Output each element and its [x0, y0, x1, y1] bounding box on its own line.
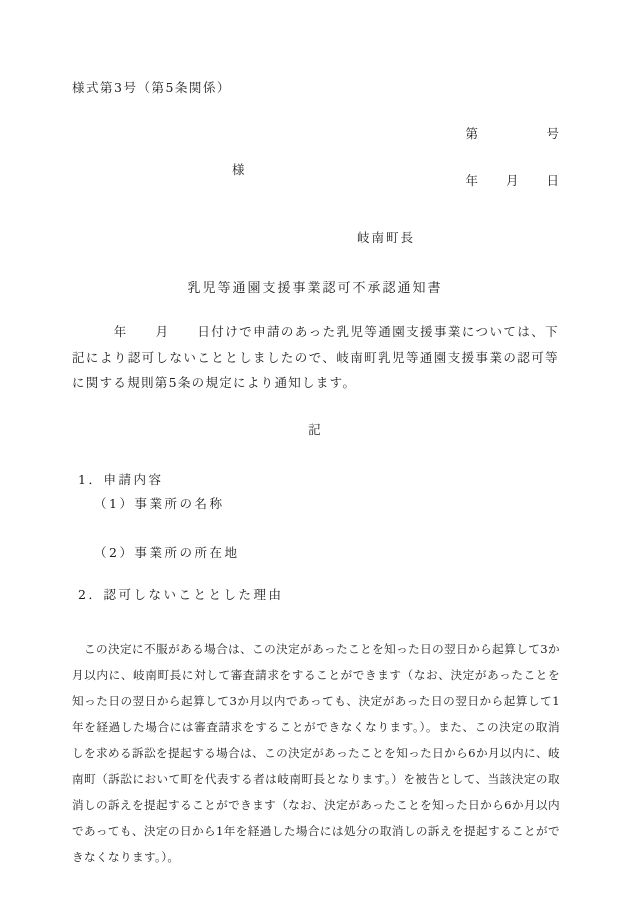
section-2-heading: 2．認可しないこととした理由 — [78, 585, 283, 603]
document-number-line: 第 号 — [465, 126, 560, 142]
form-number-label: 様式第3号（第5条関係） — [72, 78, 231, 96]
document-number-date-block: 第 号 年 月 日 — [465, 95, 560, 219]
section-1-heading: 1．申請内容 — [78, 470, 163, 488]
section-1-item-business-name: （1）事業所の名称 — [94, 494, 224, 512]
addressee-honorific: 様 — [232, 160, 246, 178]
appeal-notice-paragraph: この決定に不服がある場合は、この決定があったことを知った日の翌日から起算して3か… — [72, 636, 560, 870]
section-1-item-business-address: （2）事業所の所在地 — [94, 543, 239, 561]
document-page: 様式第3号（第5条関係） 第 号 年 月 日 様 岐南町長 乳児等通園支援事業認… — [0, 0, 630, 903]
body-paragraph: 年 月 日付けで申請のあった乳児等通園支援事業については、下記により認可しないこ… — [72, 319, 559, 396]
sender-title: 岐南町長 — [357, 228, 415, 246]
document-date-line: 年 月 日 — [465, 173, 560, 189]
record-marker: 記 — [0, 420, 630, 438]
document-title: 乳児等通園支援事業認可不承認通知書 — [0, 277, 630, 296]
